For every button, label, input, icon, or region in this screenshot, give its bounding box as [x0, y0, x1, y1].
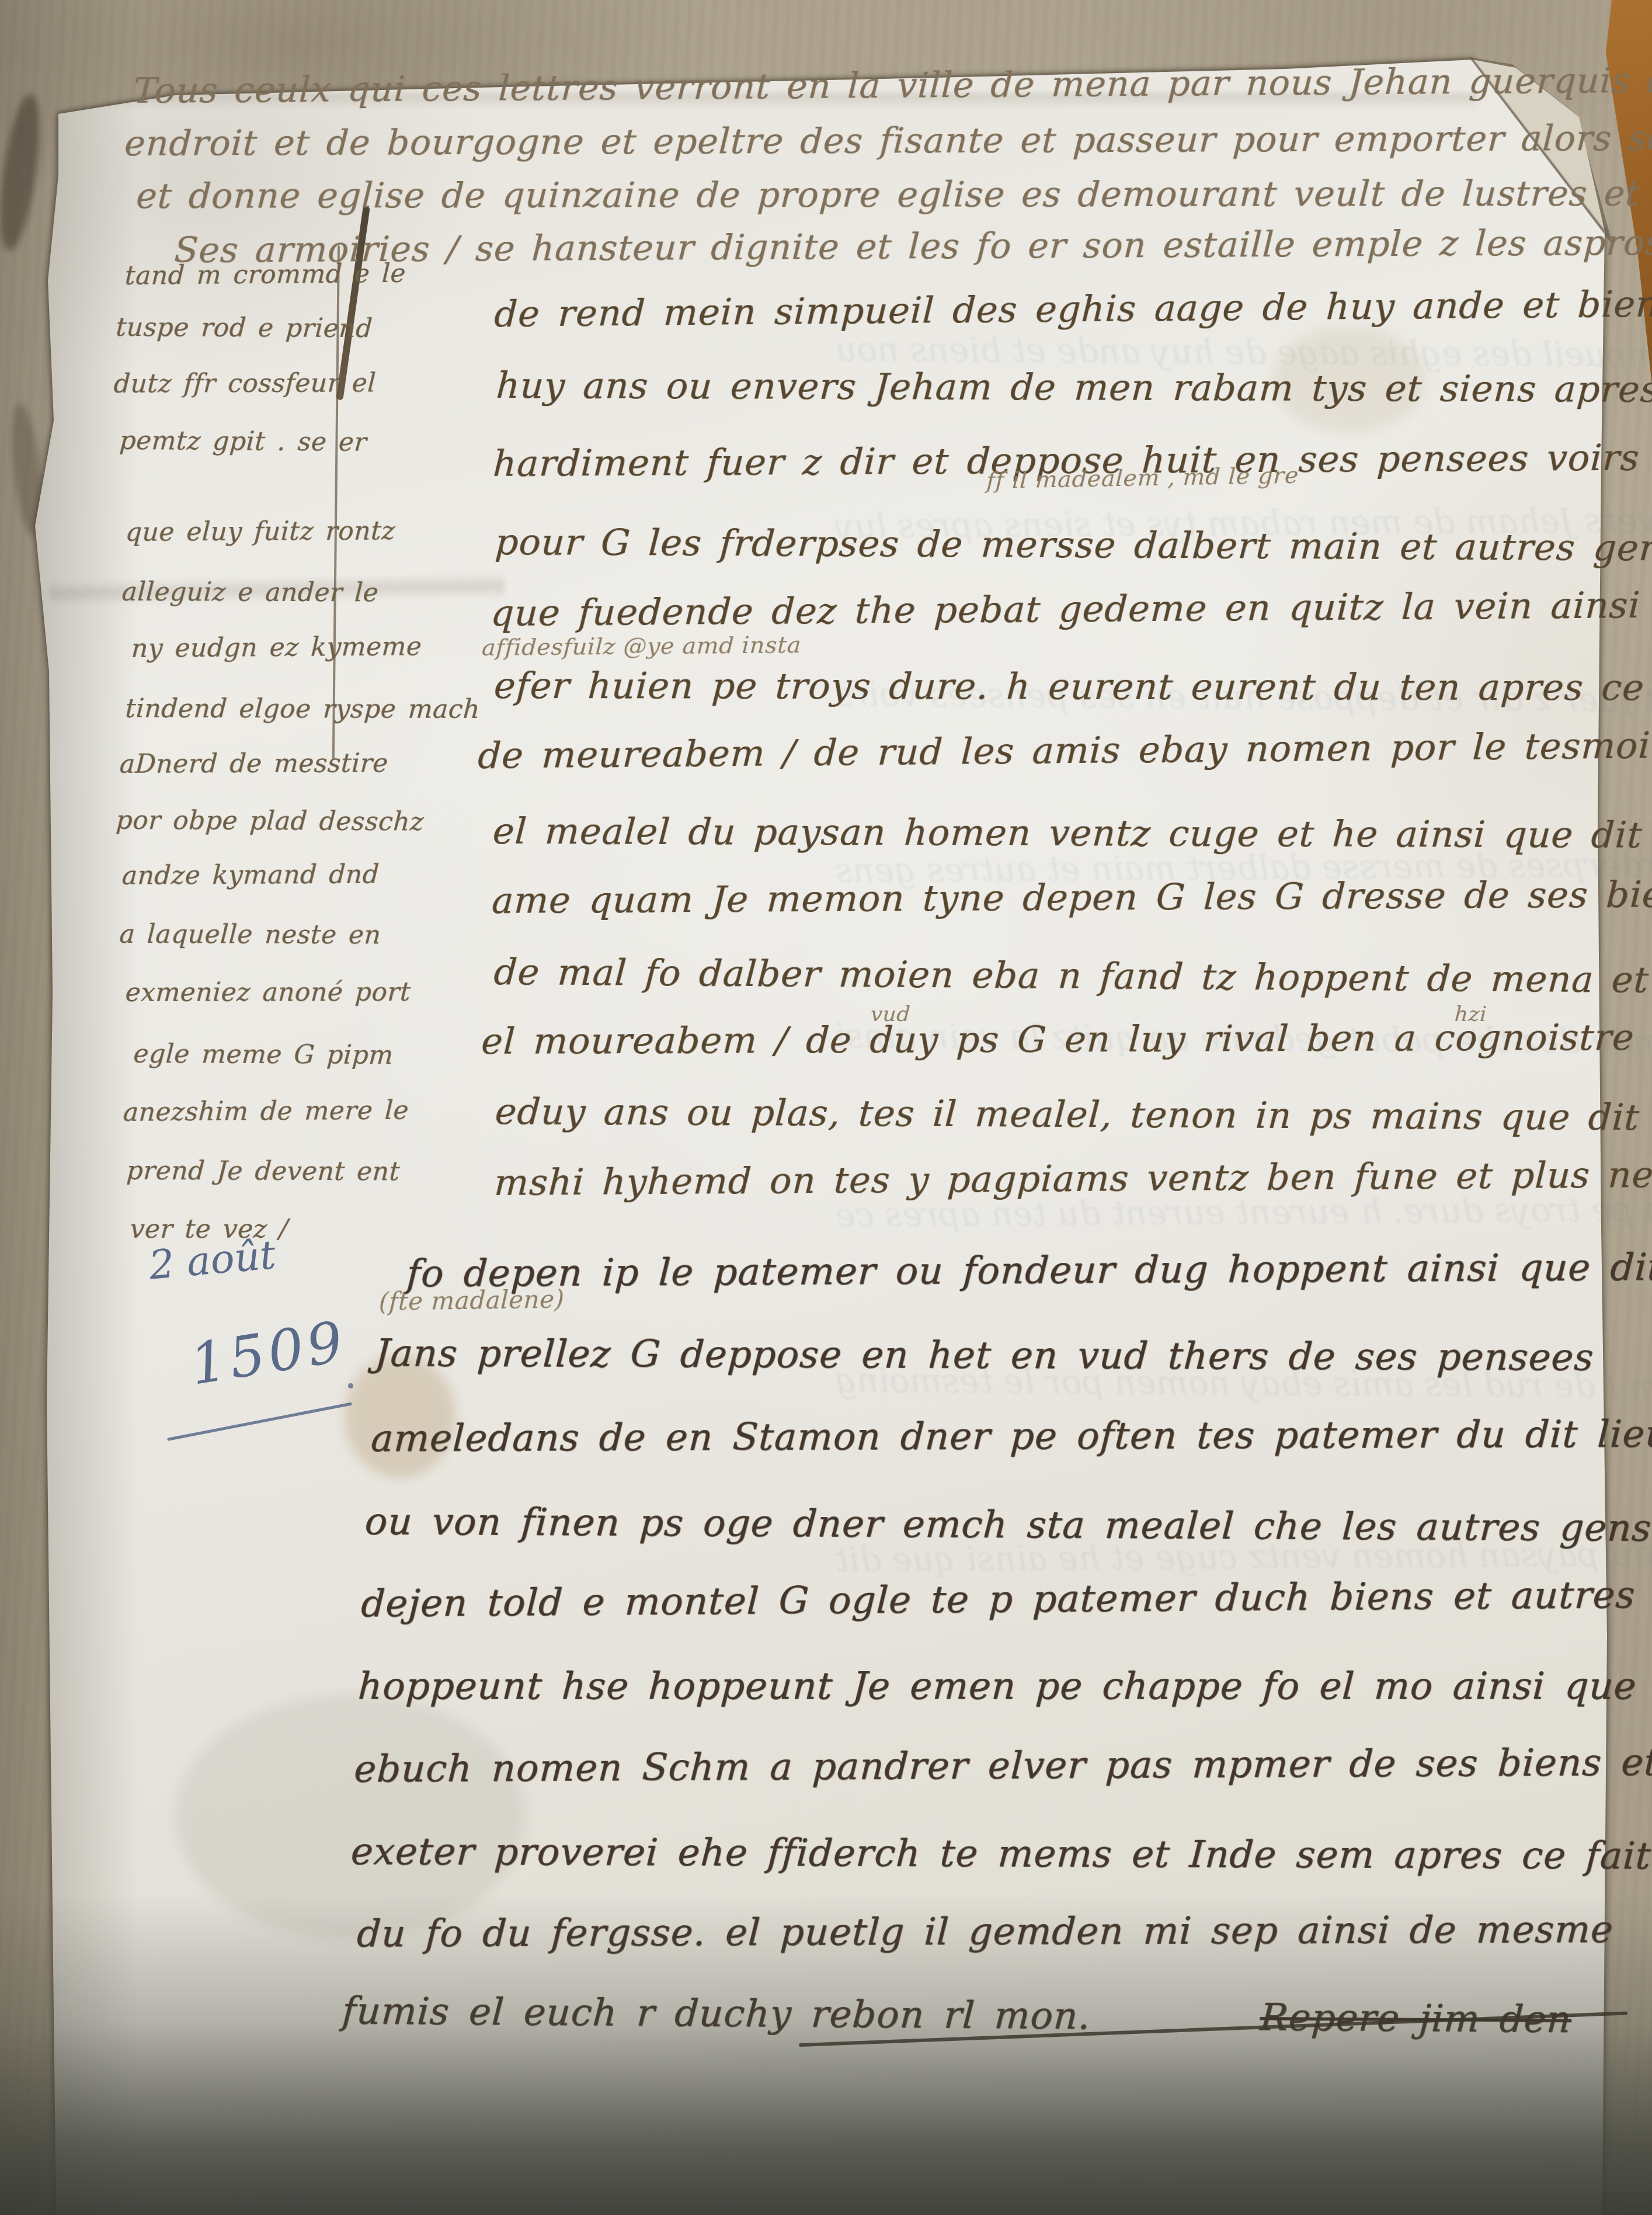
margin-note-line: aDnerd de messtire: [119, 748, 389, 779]
opening-line: et donne eglise de quinzaine de propre e…: [135, 173, 1652, 217]
margin-note-line: tindend elgoe ryspe mach: [124, 694, 481, 724]
margin-note-line: egle meme G pipm: [133, 1039, 394, 1070]
lower-text-line: ameledans de en Stamon dner pe often tes…: [370, 1412, 1652, 1460]
lower-text-line: ebuch nomen Schm a pandrer elver pas mpm…: [353, 1740, 1652, 1791]
lower-text-line: dejen told e montel G ogle te p patemer …: [360, 1574, 1636, 1626]
lower-text-line: Jans prellez G deppose en het en vud the…: [374, 1332, 1595, 1379]
interlinear-note: (fte madalene): [378, 1285, 565, 1316]
margin-note-line: anezshim de mere le: [123, 1096, 409, 1127]
margin-note-line: exmeniez anoné port: [124, 977, 411, 1008]
body-text-line: huy ans ou envers Jeham de men rabam tys…: [495, 364, 1652, 411]
margin-note-line: que eluy fuitz rontz: [125, 516, 396, 547]
margin-note-line: dutz ffr cossfeur el: [113, 368, 377, 399]
margin-note-line: alleguiz e ander le: [121, 577, 379, 608]
body-text-line: efer huien pe troys dure. h eurent euren…: [493, 664, 1646, 709]
lower-text-line: fumis el euch r duchy rebon rl mon.Reper…: [341, 1990, 1573, 2042]
lower-text-line: exeter proverei ehe ffiderch te mems et …: [350, 1830, 1652, 1879]
ink-dot: [348, 1383, 353, 1388]
lower-line-text: fumis el euch r duchy rebon rl mon.: [341, 1990, 1092, 2038]
lower-text-line: ou von finen ps oge dner emch sta mealel…: [364, 1500, 1652, 1551]
margin-note-line: prend Je devent ent: [126, 1156, 401, 1187]
margin-note-line: por obpe plad desschz: [115, 806, 425, 837]
body-text-line: mshi hyhemd on tes y pagpiams ventz ben …: [493, 1153, 1652, 1204]
lower-text-line: du fo du fergsse. el puetlg il gemden mi…: [356, 1908, 1614, 1956]
body-text-line: que fuedende dez the pebat gedeme en qui…: [490, 584, 1641, 634]
interlinear-note: hzi: [1454, 1002, 1487, 1026]
opening-line: endroit et de bourgogne et epeltre des f…: [124, 117, 1652, 164]
body-text-line: ame quam Je memon tyne depen G les G dre…: [491, 873, 1652, 922]
stain-spot: [175, 1694, 526, 1939]
interlinear-note: ff il madealem , md le gre: [986, 462, 1299, 494]
lower-text-line: fo depen ip le patemer ou fondeur dug ho…: [406, 1246, 1652, 1296]
margin-note-line: ny eudgn ez kymeme: [131, 632, 423, 664]
margin-note-line: tuspe rod e priend: [115, 313, 373, 343]
body-text-line: pour G les frderpses de mersse dalbert m…: [494, 520, 1652, 570]
margin-note-line: tand m crommd e le: [124, 259, 406, 291]
margin-note-line: a laquelle neste en: [119, 919, 382, 950]
interlinear-note: vud: [870, 1002, 911, 1026]
manuscript-photo: de rend mein simpueil des eghis aage de …: [0, 0, 1652, 2215]
body-text-line: de mal fo dalber moien eba n fand tz hop…: [493, 950, 1650, 1001]
margin-note-line: andze kymand dnd: [121, 860, 380, 891]
interlinear-note: affidesfuilz @ye amd insta: [481, 631, 802, 661]
margin-note-line: pemtz gpit . se er: [119, 426, 368, 457]
body-text-line: eduy ans ou plas, tes il mealel, tenon i…: [494, 1090, 1641, 1138]
lower-text-line: hoppeunt hse hoppeunt Je emen pe chappe …: [357, 1665, 1652, 1708]
body-text-line: el mealel du paysan homen ventz cuge et …: [492, 810, 1643, 856]
